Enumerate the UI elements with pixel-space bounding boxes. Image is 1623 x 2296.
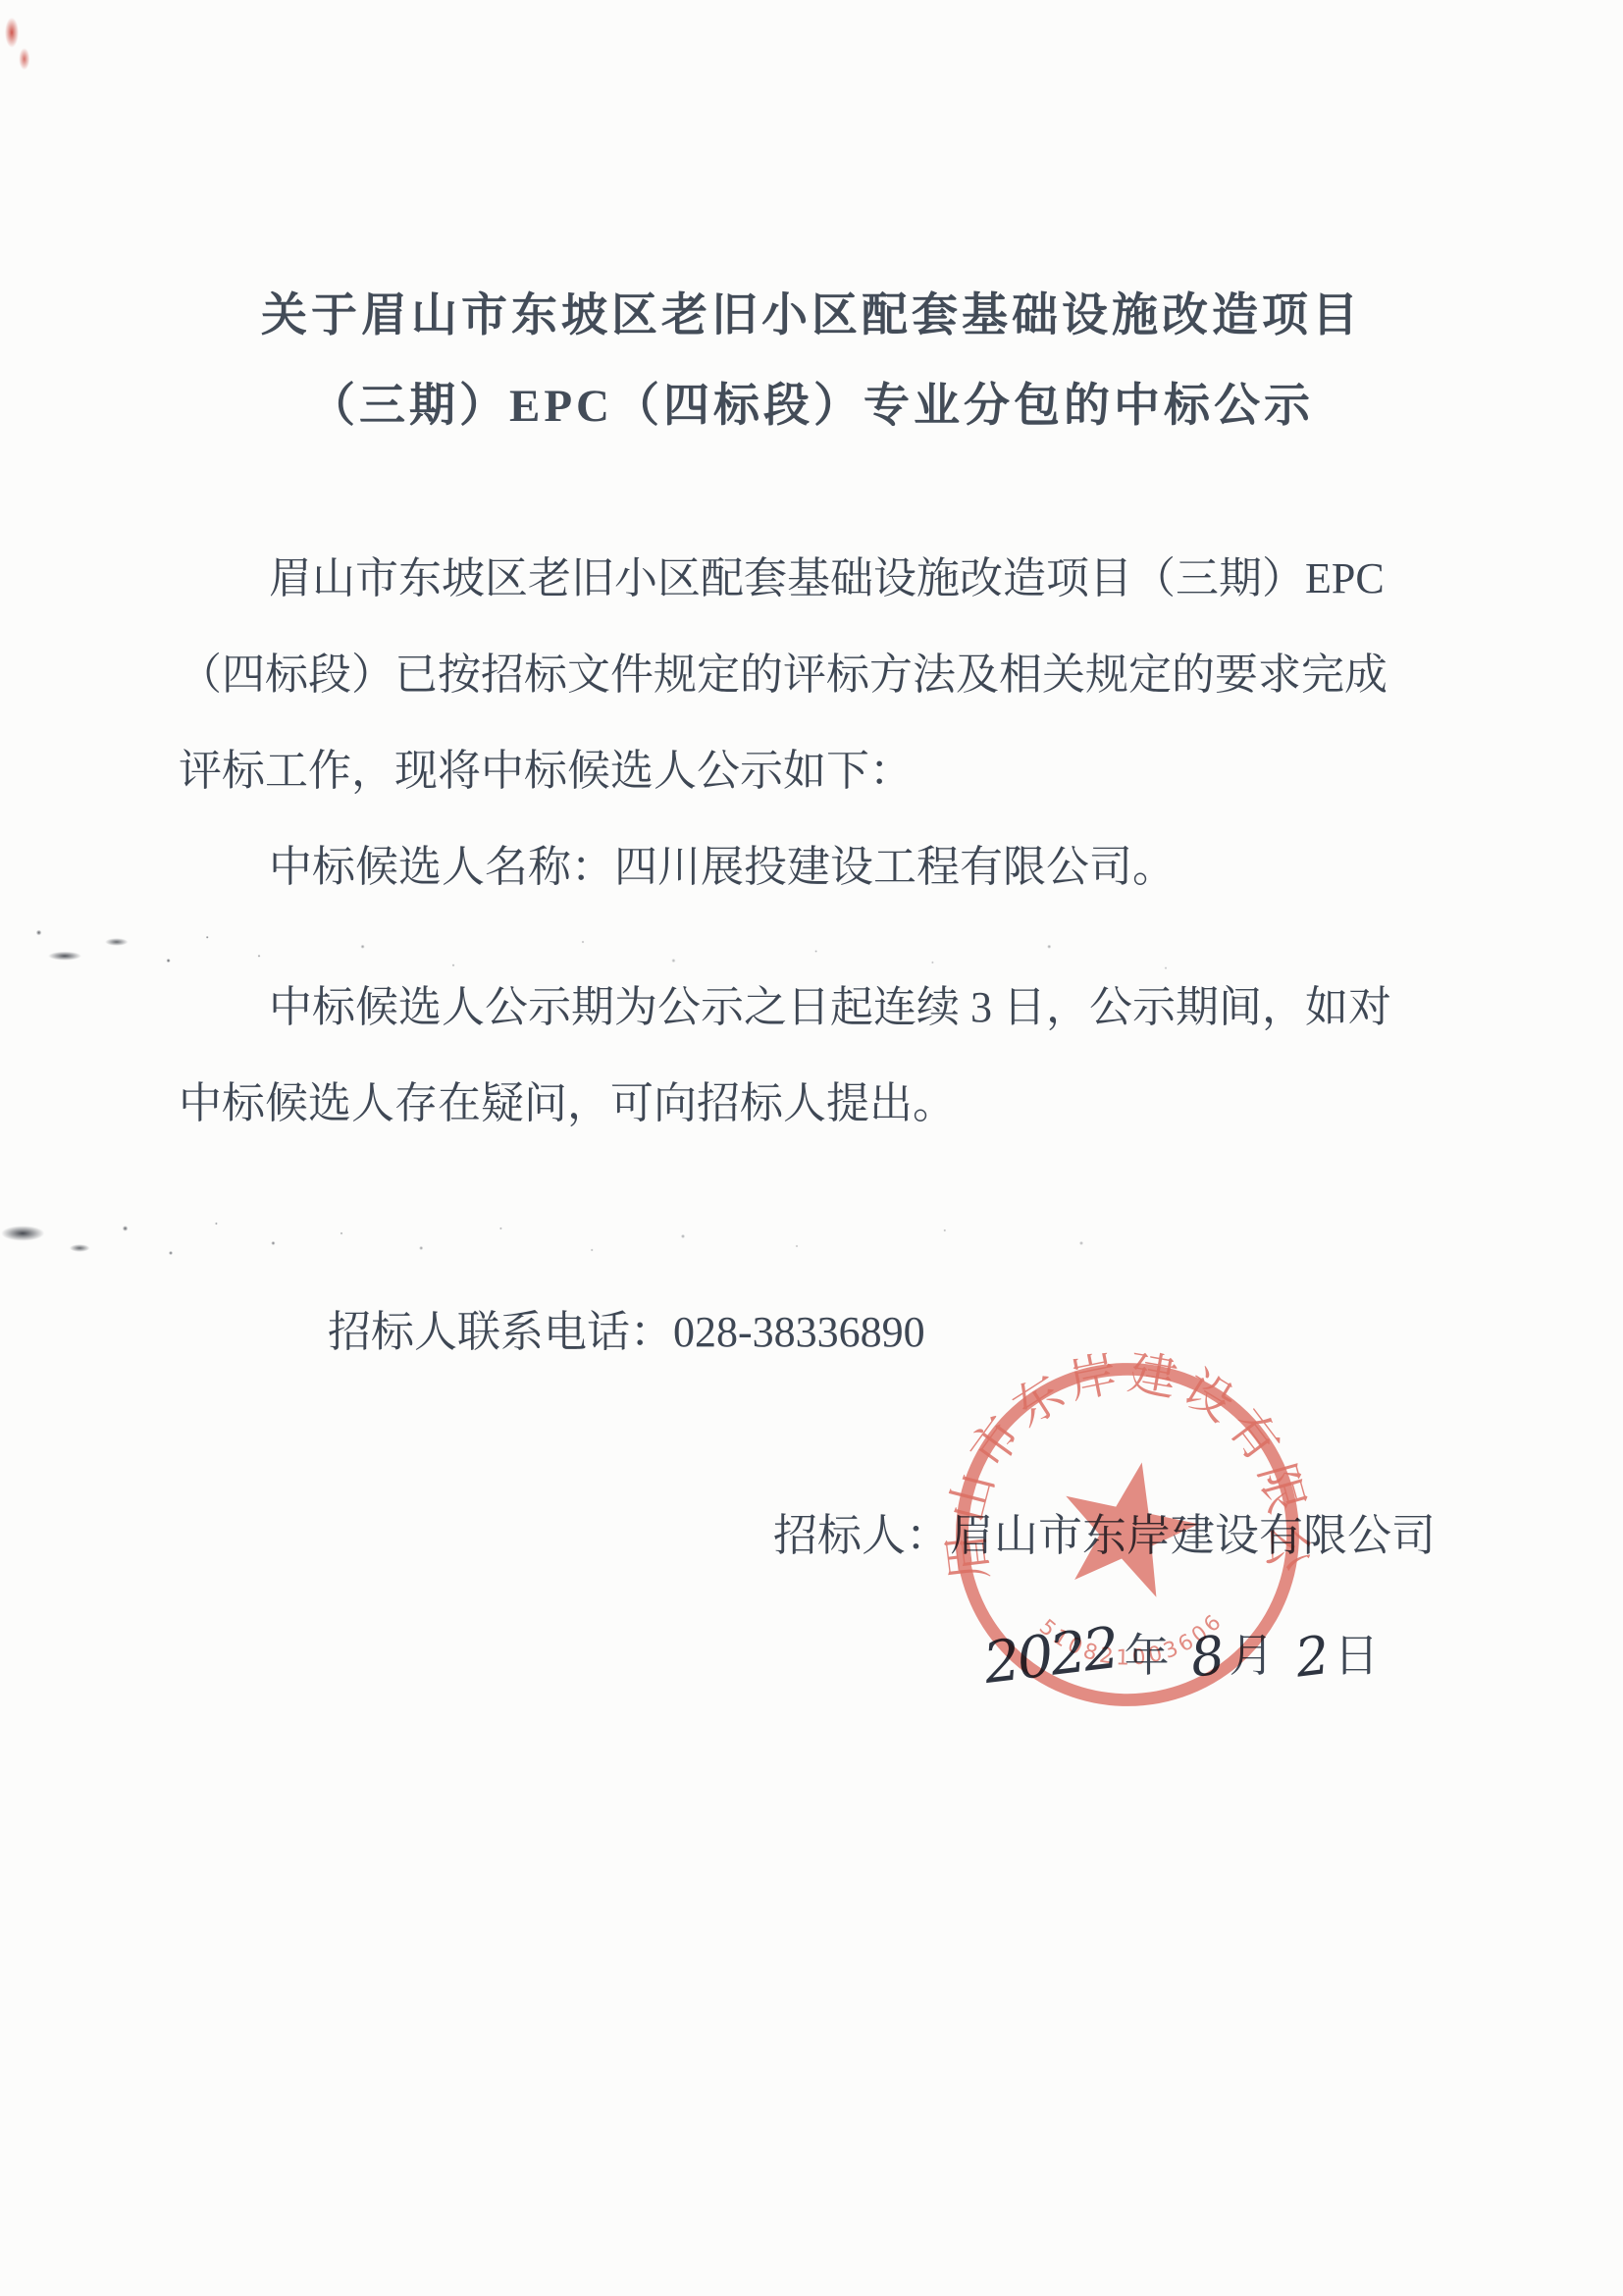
- day-unit: 日: [1334, 1631, 1379, 1681]
- document-title: 关于眉山市东坡区老旧小区配套基础设施改造项目 （三期）EPC（四标段）专业分包的…: [0, 271, 1623, 451]
- document-body: 眉山市东坡区老旧小区配套基础设施改造项目（三期）EPC （四标段）已按招标文件规…: [179, 531, 1425, 1381]
- title-line-1: 关于眉山市东坡区老旧小区配套基础设施改造项目: [0, 271, 1623, 361]
- document-page: 关于眉山市东坡区老旧小区配套基础设施改造项目 （三期）EPC（四标段）专业分包的…: [0, 0, 1623, 2296]
- signature-line: 招标人：眉山市东岸建设有限公司: [773, 1487, 1436, 1584]
- handwritten-day: 2: [1290, 1611, 1332, 1702]
- title-line-2: （三期）EPC（四标段）专业分包的中标公示: [0, 361, 1623, 451]
- month-unit: 月: [1229, 1631, 1274, 1681]
- year-unit: 年: [1125, 1631, 1170, 1681]
- handwritten-year: 2022: [979, 1603, 1123, 1707]
- signer-company: 眉山市东岸建设有限公司: [950, 1511, 1436, 1560]
- contact-phone-line: 招标人联系电话：028-38336890: [179, 1284, 1425, 1381]
- paragraph-winner-name: 中标候选人名称：四川展投建设工程有限公司。: [179, 819, 1425, 915]
- handwritten-month: 8: [1185, 1611, 1227, 1702]
- paragraph-evaluation-complete: 眉山市东坡区老旧小区配套基础设施改造项目（三期）EPC （四标段）已按招标文件规…: [179, 531, 1425, 819]
- signer-label: 招标人：: [773, 1511, 950, 1560]
- date-line: 2022年 8月 2日: [983, 1607, 1388, 1700]
- paragraph-publicity-period: 中标候选人公示期为公示之日起连续 3 日，公示期间，如对 中标候选人存在疑问，可…: [179, 960, 1425, 1152]
- scan-artifact-corner: [0, 14, 39, 77]
